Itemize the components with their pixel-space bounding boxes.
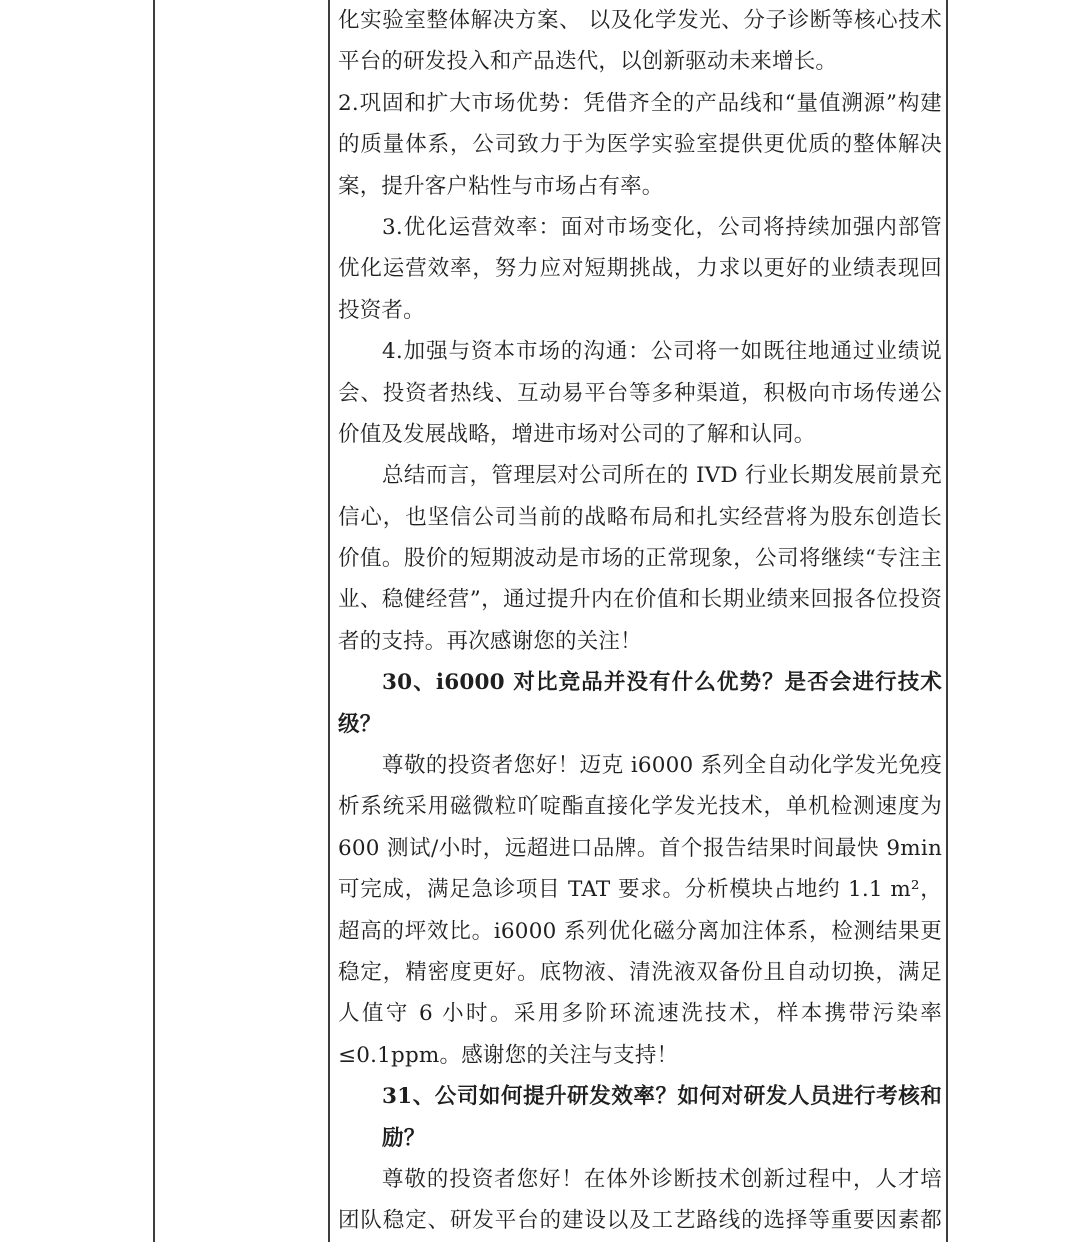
answer-text-line: 化实验室整体解决方案、 以及化学发光、分子诊断等核心技术 bbox=[338, 0, 942, 41]
answer-text-line: 2.巩固和扩大市场优势：凭借齐全的产品线和“量值溯源”构建 bbox=[338, 83, 942, 124]
answer-text-line: 尊敬的投资者您好！迈克 i6000 系列全自动化学发光免疫分 bbox=[338, 745, 942, 786]
answer-text-line: 投资者。 bbox=[338, 290, 942, 331]
answer-text-line: 团队稳定、研发平台的建设以及工艺路线的选择等重要因素都会 bbox=[338, 1200, 942, 1241]
document-page: 化实验室整体解决方案、 以及化学发光、分子诊断等核心技术平台的研发投入和产品迭代… bbox=[0, 0, 1080, 1242]
answer-text-line: 超高的坪效比。i6000 系列优化磁分离加注体系，检测结果更加 bbox=[338, 911, 942, 952]
answer-text-line: 人值守 6 小时。采用多阶环流速洗技术，样本携带污染率 bbox=[338, 993, 942, 1034]
answer-text-line: 价值及发展战略，增进市场对公司的了解和认同。 bbox=[338, 414, 942, 455]
answer-text-line: ≤0.1ppm。感谢您的关注与支持！ bbox=[338, 1035, 942, 1076]
answer-text-line: 尊敬的投资者您好！在体外诊断技术创新过程中，人才培养、 bbox=[338, 1159, 942, 1200]
answer-text-line: 3.优化运营效率：面对市场变化，公司将持续加强内部管理， bbox=[338, 207, 942, 248]
answer-text-line: 者的支持。再次感谢您的关注！ bbox=[338, 621, 942, 662]
answer-text-line: 稳定，精密度更好。底物液、清洗液双备份且自动切换，满足无 bbox=[338, 952, 942, 993]
question-heading-line: 30、i6000 对比竞品并没有什么优势？是否会进行技术升 bbox=[338, 662, 942, 703]
answer-text-line: 总结而言，管理层对公司所在的 IVD 行业长期发展前景充满 bbox=[338, 455, 942, 496]
answer-text-line: 析系统采用磁微粒吖啶酯直接化学发光技术，单机检测速度为 bbox=[338, 786, 942, 827]
table-column-divider-2 bbox=[328, 0, 330, 1242]
table-column-divider-1 bbox=[153, 0, 155, 1242]
question-heading-line: 31、公司如何提升研发效率？如何对研发人员进行考核和激 bbox=[338, 1076, 942, 1117]
answer-text-line: 600 测试/小时，远超进口品牌。首个报告结果时间最快 9min 即 bbox=[338, 828, 942, 869]
question-heading-line: 级？ bbox=[338, 704, 942, 745]
question-heading-line: 励？ bbox=[338, 1118, 942, 1159]
answer-text-line: 4.加强与资本市场的沟通：公司将一如既往地通过业绩说明 bbox=[338, 331, 942, 372]
answer-text-line: 业、稳健经营”，通过提升内在价值和长期业绩来回报各位投资 bbox=[338, 579, 942, 620]
answer-text-line: 案，提升客户粘性与市场占有率。 bbox=[338, 166, 942, 207]
answer-text-line: 可完成，满足急诊项目 TAT 要求。分析模块占地约 1.1 m²，拥有 bbox=[338, 869, 942, 910]
answer-text-line: 平台的研发投入和产品迭代，以创新驱动未来增长。 bbox=[338, 41, 942, 82]
answer-text-line: 价值。股价的短期波动是市场的正常现象，公司将继续“专注主 bbox=[338, 538, 942, 579]
table-cell-text-content: 化实验室整体解决方案、 以及化学发光、分子诊断等核心技术平台的研发投入和产品迭代… bbox=[338, 0, 942, 1242]
answer-text-line: 的质量体系，公司致力于为医学实验室提供更优质的整体解决方 bbox=[338, 124, 942, 165]
answer-text-line: 信心，也坚信公司当前的战略布局和扎实经营将为股东创造长期 bbox=[338, 497, 942, 538]
answer-text-line: 会、投资者热线、互动易平台等多种渠道，积极向市场传递公司 bbox=[338, 373, 942, 414]
table-right-border bbox=[946, 0, 948, 1242]
answer-text-line: 优化运营效率，努力应对短期挑战，力求以更好的业绩表现回报 bbox=[338, 248, 942, 289]
